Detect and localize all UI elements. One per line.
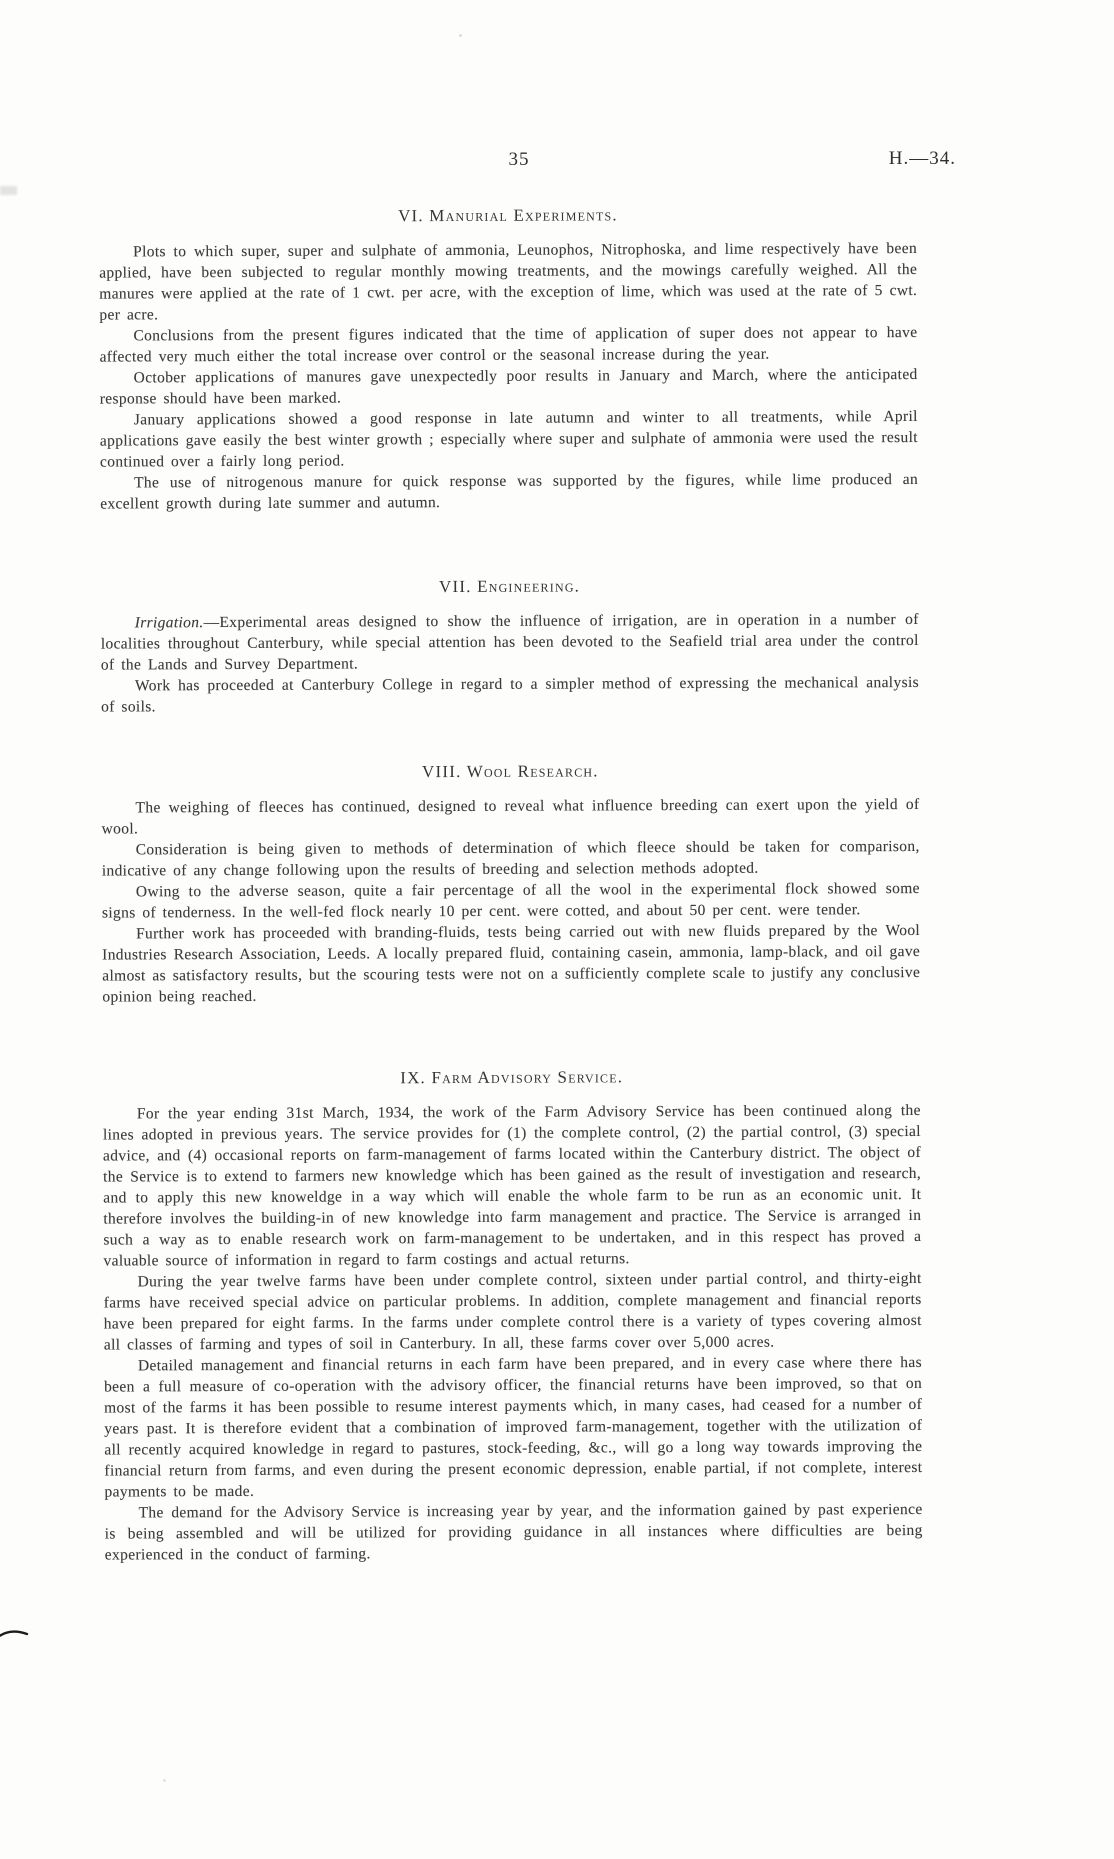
irrigation-lead-text: —Experimental areas designed to show the… (101, 611, 919, 674)
section-manurial-experiments: VI. Manurial Experiments. Plots to which… (99, 204, 918, 515)
section-farm-advisory-service: IX. Farm Advisory Service. For the year … (103, 1066, 923, 1566)
paragraph: The use of nitrogenous manure for quick … (100, 469, 918, 515)
paragraph: During the year twelve farms have been u… (104, 1268, 922, 1356)
scan-speck (163, 1779, 166, 1782)
page-body: VI. Manurial Experiments. Plots to which… (98, 0, 923, 1566)
irrigation-lead-italic: Irrigation. (135, 614, 204, 631)
paragraph: The weighing of fleeces has continued, d… (101, 794, 919, 840)
paragraph: Plots to which super, super and sulphate… (99, 238, 917, 326)
paragraph: January applications showed a good respo… (100, 406, 918, 473)
section-heading: IX. Farm Advisory Service. (103, 1066, 921, 1090)
scanned-report-page: 35 H.—34. VI. Manurial Experiments. Plot… (0, 0, 1114, 1859)
paragraph: October applications of manures gave une… (100, 364, 918, 410)
section-heading: VIII. Wool Research. (101, 760, 919, 784)
paragraph: For the year ending 31st March, 1934, th… (103, 1100, 922, 1272)
scan-smudge (0, 186, 17, 195)
paragraph-irrigation: Irrigation.—Experimental areas designed … (101, 609, 919, 676)
paragraph: Owing to the adverse season, quite a fai… (102, 878, 920, 924)
section-heading: VII. Engineering. (101, 575, 919, 599)
paragraph: The demand for the Advisory Service is i… (105, 1499, 923, 1566)
ink-pen-mark (0, 1626, 29, 1644)
section-heading: VI. Manurial Experiments. (99, 204, 917, 228)
scan-speck (459, 34, 462, 37)
paragraph: Consideration is being given to methods … (102, 836, 920, 882)
section-wool-research: VIII. Wool Research. The weighing of fle… (101, 760, 920, 1008)
paragraph: Detailed management and financial return… (104, 1352, 923, 1503)
section-engineering: VII. Engineering. Irrigation.—Experiment… (101, 575, 920, 718)
paragraph: Conclusions from the present figures ind… (99, 322, 917, 368)
paragraph: Further work has proceeded with branding… (102, 920, 920, 1008)
paragraph: Work has proceeded at Canterbury College… (101, 672, 919, 718)
